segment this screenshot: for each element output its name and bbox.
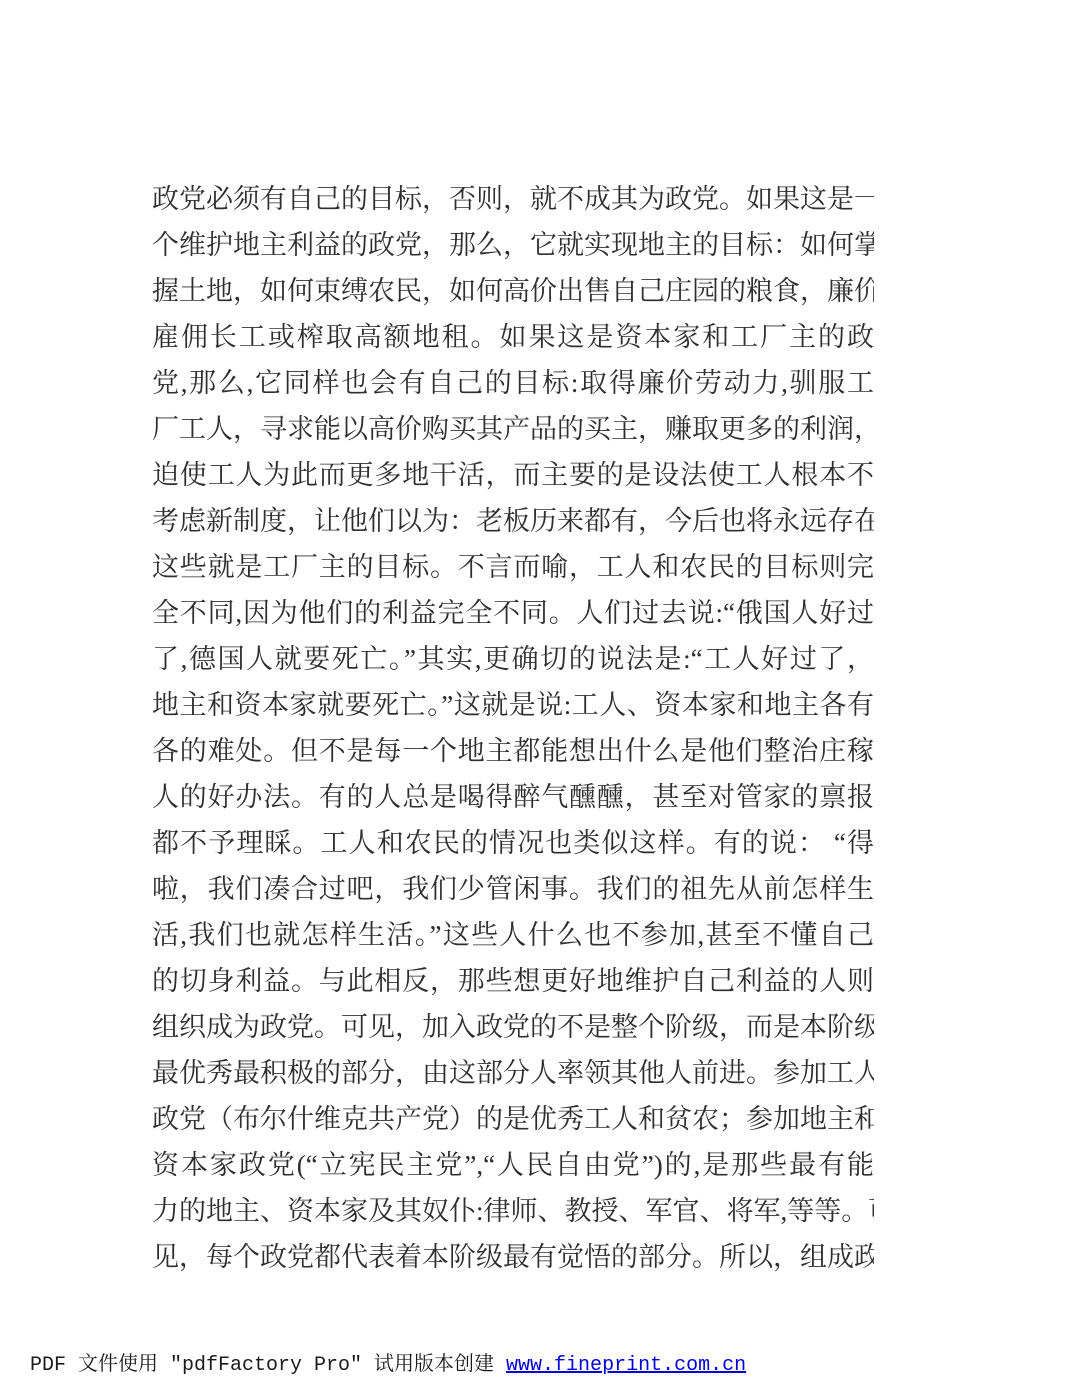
footer-notice-text: PDF 文件使用 "pdfFactory Pro" 试用版本创建 [30, 1354, 506, 1377]
text-line: 啦，我们凑合过吧，我们少管闲事。我们的祖先从前怎样生 [152, 866, 874, 912]
pdf-page: 政党必须有自己的目标，否则，就不成其为政党。如果这是一个维护地主利益的政党，那么… [0, 0, 1080, 1398]
text-line: 的切身利益。与此相反，那些想更好地维护自己利益的人则 [152, 958, 874, 1004]
pdf-factory-footer: PDF 文件使用 "pdfFactory Pro" 试用版本创建 www.fin… [30, 1352, 1050, 1380]
text-line: 资本家政党(“立宪民主党”,“人民自由党”)的,是那些最有能 [152, 1142, 874, 1188]
text-line: 握土地，如何束缚农民，如何高价出售自己庄园的粮食，廉价 [152, 268, 874, 314]
text-line: 党,那么,它同样也会有自己的目标:取得廉价劳动力,驯服工 [152, 360, 874, 406]
text-line: 活,我们也就怎样生活。”这些人什么也不参加,甚至不懂自己 [152, 912, 874, 958]
text-line: 雇佣长工或榨取高额地租。如果这是资本家和工厂主的政 [152, 314, 874, 360]
text-line: 迫使工人为此而更多地干活，而主要的是设法使工人根本不 [152, 452, 874, 498]
text-line: 厂工人，寻求能以高价购买其产品的买主，赚取更多的利润， [152, 406, 874, 452]
text-line: 都不予理睬。工人和农民的情况也类似这样。有的说： “得 [152, 820, 874, 866]
text-line: 力的地主、资本家及其奴仆:律师、教授、军官、将军,等等。可 [152, 1188, 874, 1234]
text-line: 各的难处。但不是每一个地主都能想出什么是他们整治庄稼 [152, 728, 874, 774]
text-line: 个维护地主利益的政党，那么，它就实现地主的目标：如何掌 [152, 222, 874, 268]
text-block: 政党必须有自己的目标，否则，就不成其为政党。如果这是一个维护地主利益的政党，那么… [152, 176, 874, 1280]
text-line: 全不同,因为他们的利益完全不同。人们过去说:“俄国人好过 [152, 590, 874, 636]
fineprint-link[interactable]: www.fineprint.com.cn [506, 1354, 746, 1377]
text-line: 地主和资本家就要死亡。”这就是说:工人、资本家和地主各有 [152, 682, 874, 728]
text-line: 考虑新制度，让他们以为：老板历来都有，今后也将永远存在。 [152, 498, 874, 544]
text-line: 政党（布尔什维克共产党）的是优秀工人和贫农；参加地主和 [152, 1096, 874, 1142]
text-line: 组织成为政党。可见，加入政党的不是整个阶级，而是本阶级 [152, 1004, 874, 1050]
text-line: 最优秀最积极的部分，由这部分人率领其他人前进。参加工人 [152, 1050, 874, 1096]
text-line: 政党必须有自己的目标，否则，就不成其为政党。如果这是一 [152, 176, 874, 222]
text-line: 这些就是工厂主的目标。不言而喻，工人和农民的目标则完 [152, 544, 874, 590]
text-line: 人的好办法。有的人总是喝得醉气醺醺，甚至对管家的禀报 [152, 774, 874, 820]
text-line: 了,德国人就要死亡。”其实,更确切的说法是:“工人好过了， [152, 636, 874, 682]
text-line: 见，每个政党都代表着本阶级最有觉悟的部分。所以，组成政 [152, 1234, 874, 1280]
